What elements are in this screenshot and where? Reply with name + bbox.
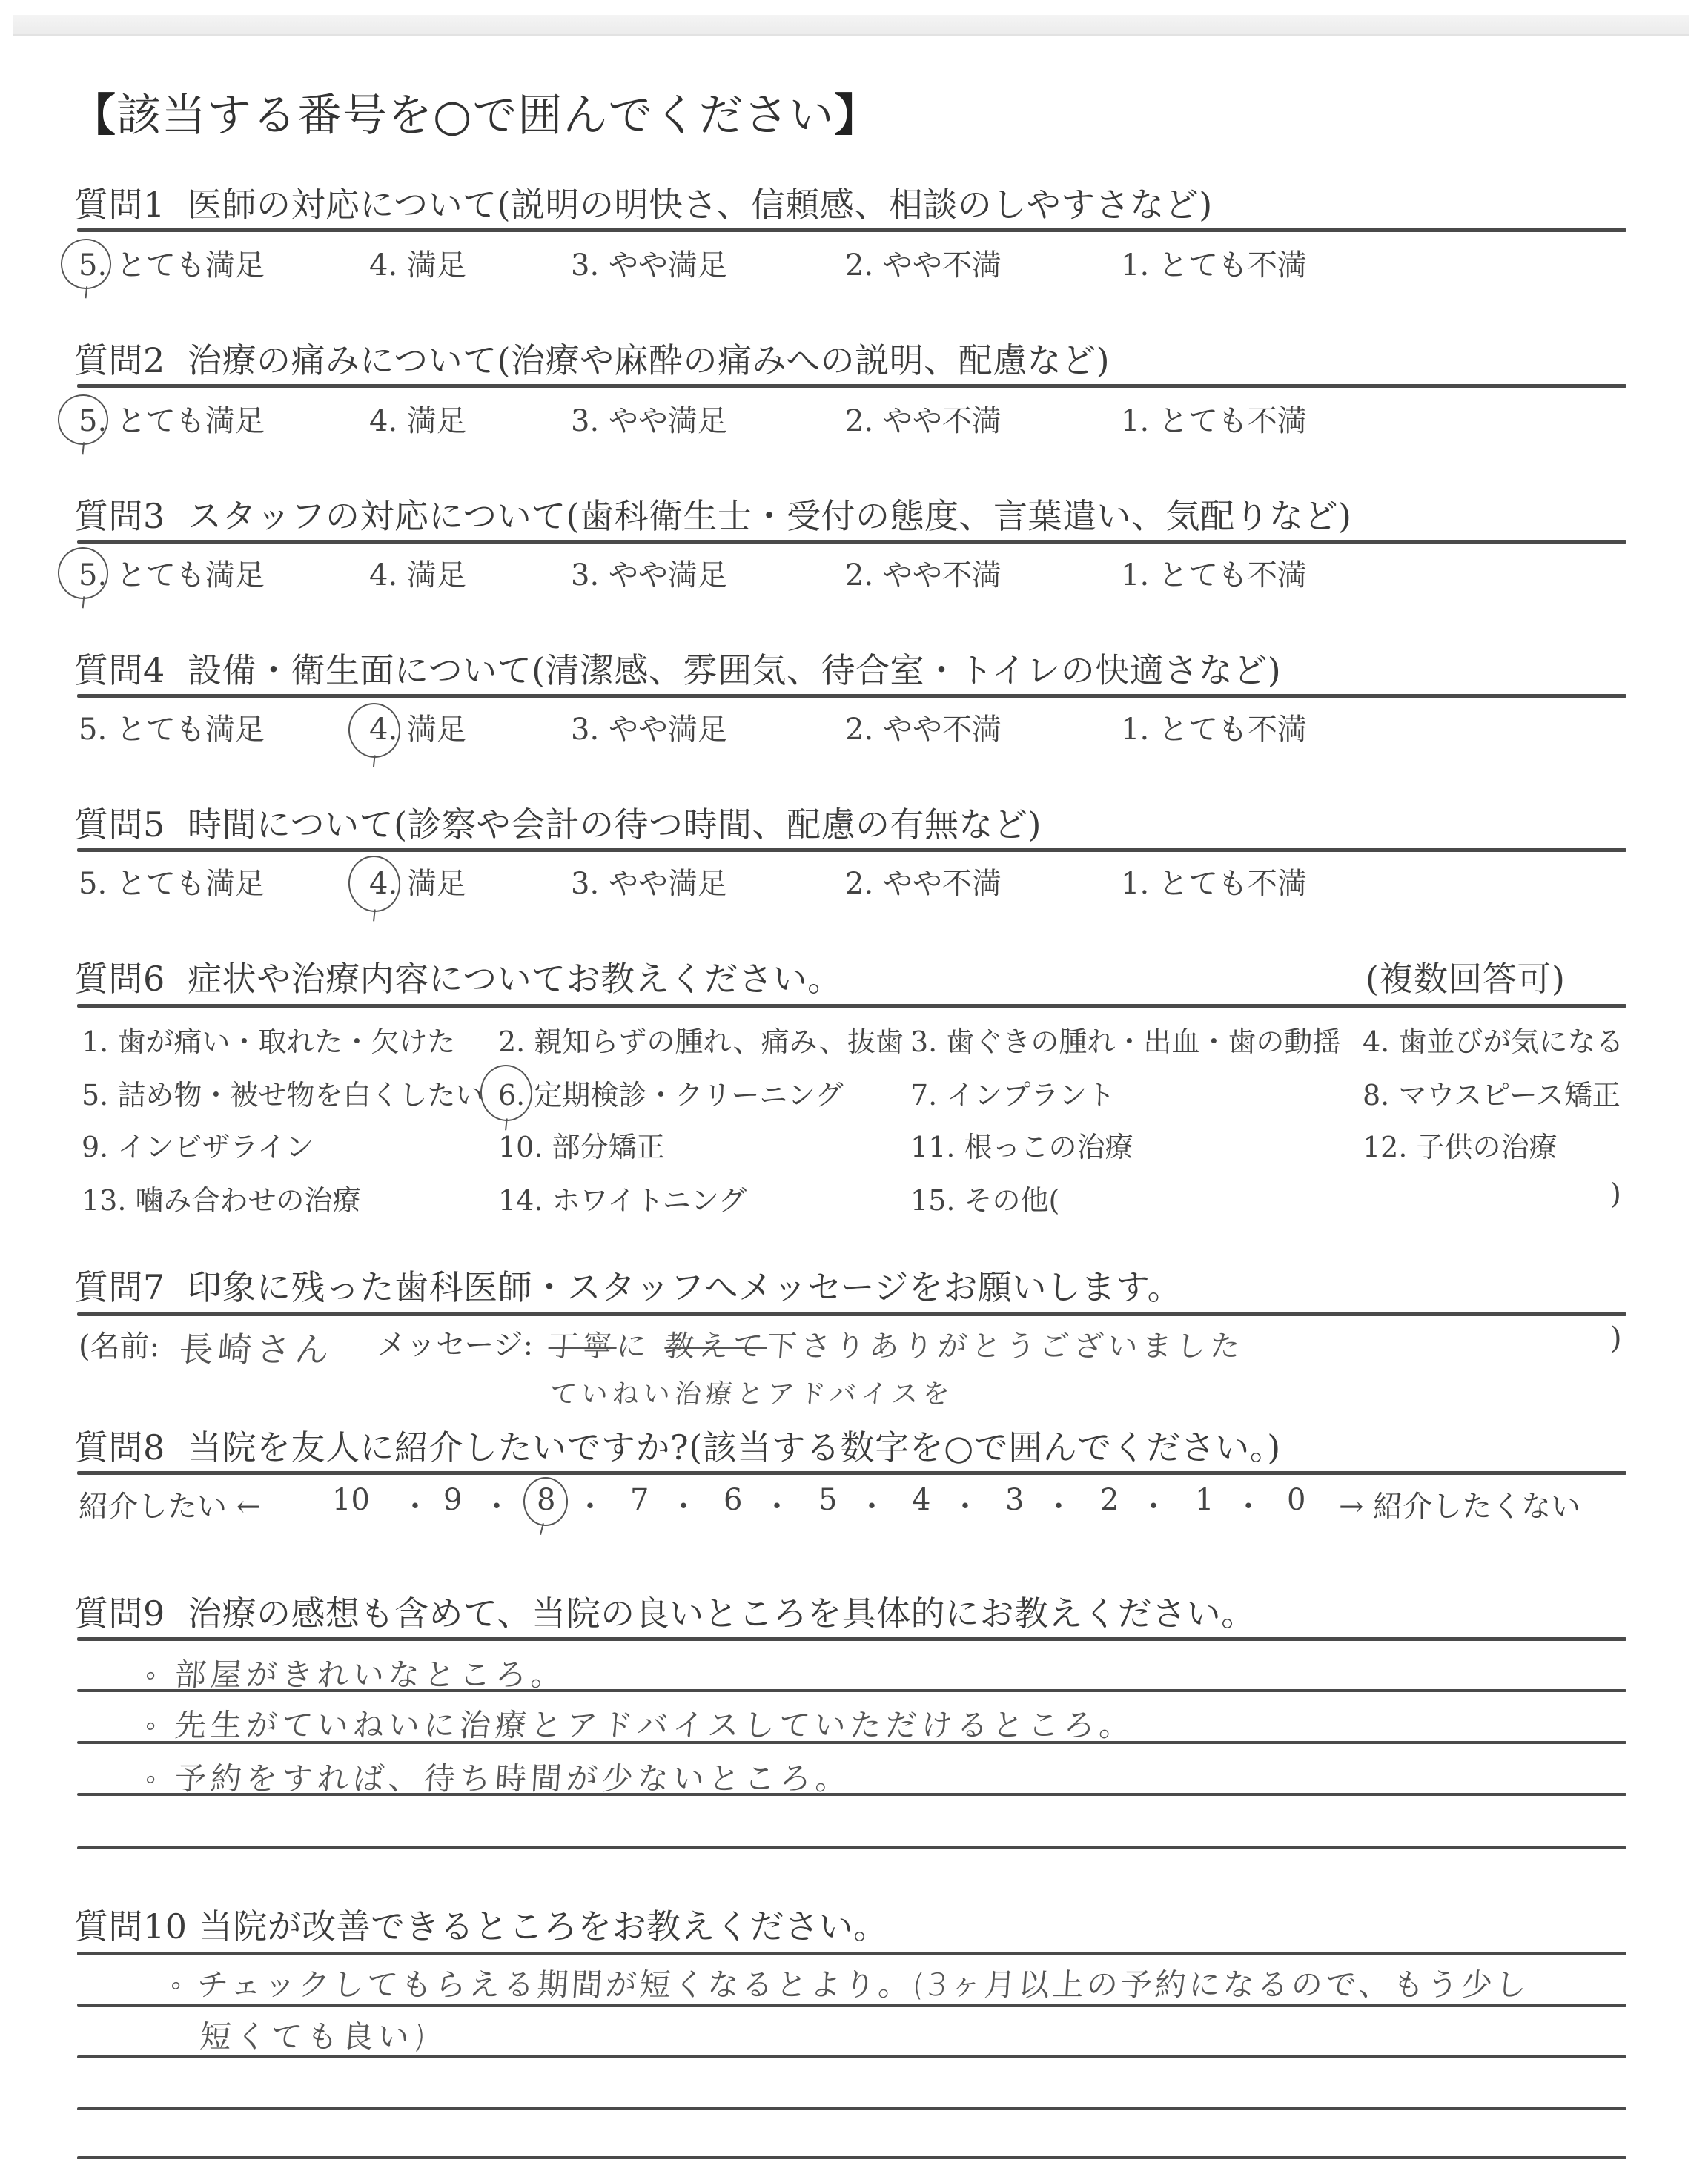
question-6-text: 症状や治療内容についてお教えください。 <box>188 959 842 999</box>
form-instruction: 【該当する番号を○で囲んでください】 <box>71 80 879 144</box>
q4-option-5[interactable]: 5. とても満足 <box>79 706 265 748</box>
question-8-heading: 質問8 当院を友人に紹介したいですか?(該当する数字を○で囲んでください。) <box>74 1421 1281 1470</box>
question-5-heading: 質問5 時間について(診察や会計の待つ時間、配慮の有無など) <box>74 798 1042 847</box>
q7-name-handwritten[interactable]: 長崎さん <box>178 1323 336 1372</box>
q2-option-3[interactable]: 3. やや満足 <box>571 397 727 440</box>
answer-line <box>77 1741 1626 1744</box>
q8-score-1[interactable]: 1 <box>1195 1483 1214 1517</box>
question-10-rule <box>77 1952 1626 1955</box>
q8-separator: ・ <box>669 1483 698 1525</box>
question-2-label: 質問2 <box>74 340 165 380</box>
q2-option-1[interactable]: 1. とても不満 <box>1121 397 1307 440</box>
question-3-rule <box>77 540 1626 544</box>
bracket-open: 【 <box>71 90 116 142</box>
q3-option-4[interactable]: 4. 満足 <box>369 552 466 594</box>
q3-option-2[interactable]: 2. やや不満 <box>845 552 1002 594</box>
question-4-heading: 質問4 設備・衛生面について(清潔感、雰囲気、待合室・トイレの快適さなど) <box>74 644 1281 693</box>
question-9-rule <box>77 1637 1626 1641</box>
q8-score-2[interactable]: 2 <box>1100 1483 1119 1517</box>
q6-option-15[interactable]: 15. その他( <box>910 1178 1059 1218</box>
q8-score-7[interactable]: 7 <box>630 1483 649 1517</box>
instruction-text: 該当する番号を○で囲んでください <box>116 90 834 142</box>
q5-option-1[interactable]: 1. とても不満 <box>1121 860 1307 902</box>
q7-message-insert[interactable]: ていねい治療とアドバイスを <box>549 1373 955 1411</box>
answer-line <box>77 2156 1626 2159</box>
question-10-text: 当院が改善できるところをお教えください。 <box>199 1906 888 1946</box>
q3-option-1[interactable]: 1. とても不満 <box>1121 552 1307 594</box>
q6-option-14[interactable]: 14. ホワイトニング <box>498 1178 747 1218</box>
answer-line <box>77 2004 1626 2007</box>
question-9-heading: 質問9 治療の感想も含めて、当院の良いところを具体的にお教えください。 <box>74 1587 1256 1636</box>
question-1-rule <box>77 228 1626 232</box>
q6-option-12[interactable]: 12. 子供の治療 <box>1363 1124 1558 1165</box>
q8-separator: ・ <box>762 1483 792 1525</box>
q6-option-2[interactable]: 2. 親知らずの腫れ、痛み、抜歯 <box>498 1019 904 1060</box>
q6-option-9[interactable]: 9. インビザライン <box>82 1124 314 1165</box>
q1-option-2[interactable]: 2. やや不満 <box>845 242 1002 284</box>
q6-option-6[interactable]: 6. 定期検診・クリーニング <box>498 1072 844 1113</box>
q4-option-3[interactable]: 3. やや満足 <box>571 706 727 748</box>
q8-score-9[interactable]: 9 <box>443 1483 462 1517</box>
q9-answer-line-3[interactable]: ◦ 予約をすれば、待ち時間が少ないところ。 <box>144 1754 853 1799</box>
q5-option-2[interactable]: 2. やや不満 <box>845 860 1002 902</box>
question-4-rule <box>77 694 1626 698</box>
q8-separator: ・ <box>1234 1483 1263 1525</box>
q7-message-handwritten[interactable]: 丁寧に 教えて下さりありがとうございました <box>547 1323 1246 1365</box>
q7-message-label: メッセージ: <box>377 1321 533 1364</box>
q2-option-2[interactable]: 2. やや不満 <box>845 397 1002 440</box>
q6-option-4[interactable]: 4. 歯並びが気になる <box>1363 1019 1623 1060</box>
question-8-rule <box>77 1471 1626 1475</box>
q2-option-4[interactable]: 4. 満足 <box>369 397 466 440</box>
q9-answer-line-2[interactable]: ◦ 先生がていねいに治療とアドバイスしていただけるところ。 <box>144 1701 1136 1745</box>
question-9-text: 治療の感想も含めて、当院の良いところを具体的にお教えください。 <box>188 1593 1256 1634</box>
q8-separator: ・ <box>950 1483 980 1525</box>
q7-message-fragment: に <box>615 1330 652 1364</box>
q7-struck-word-2: 教えて <box>663 1330 768 1364</box>
question-9-label: 質問9 <box>74 1593 165 1634</box>
q8-score-4[interactable]: 4 <box>912 1483 930 1517</box>
q8-score-5[interactable]: 5 <box>818 1483 837 1517</box>
q1-option-1[interactable]: 1. とても不満 <box>1121 242 1307 284</box>
q7-name-label: (名前: <box>79 1323 159 1365</box>
question-7-rule <box>77 1312 1626 1316</box>
q1-option-4[interactable]: 4. 満足 <box>369 242 466 284</box>
question-3-label: 質問3 <box>74 496 165 536</box>
q8-separator: ・ <box>400 1483 430 1525</box>
question-4-label: 質問4 <box>74 650 165 690</box>
q8-score-0[interactable]: 0 <box>1287 1483 1305 1517</box>
q8-separator: ・ <box>482 1483 512 1525</box>
q7-message-rest: 下さりありがとうございました <box>766 1330 1245 1364</box>
question-5-label: 質問5 <box>74 805 165 845</box>
q4-option-2[interactable]: 2. やや不満 <box>845 706 1002 748</box>
q8-score-3[interactable]: 3 <box>1005 1483 1024 1517</box>
question-6-heading: 質問6 症状や治療内容についてお教えください。 <box>74 952 842 1001</box>
question-2-rule <box>77 384 1626 388</box>
scan-top-edge <box>13 15 1689 36</box>
q6-option-11[interactable]: 11. 根っこの治療 <box>910 1124 1133 1165</box>
q4-option-1[interactable]: 1. とても不満 <box>1121 706 1307 748</box>
q9-answer-line-1[interactable]: ◦ 部屋がきれいなところ。 <box>144 1651 568 1695</box>
q6-other-close-paren: ) <box>1610 1178 1621 1210</box>
q8-right-label: → 紹介したくない <box>1339 1483 1580 1525</box>
question-8-text: 当院を友人に紹介したいですか?(該当する数字を○で囲んでください。) <box>188 1427 1281 1467</box>
question-3-heading: 質問3 スタッフの対応について(歯科衛生士・受付の態度、言葉遣い、気配りなど) <box>74 489 1352 538</box>
question-10-heading: 質問10 当院が改善できるところをお教えください。 <box>74 1900 888 1949</box>
question-7-label: 質問7 <box>74 1267 165 1307</box>
question-2-heading: 質問2 治療の痛みについて(治療や麻酔の痛みへの説明、配慮など) <box>74 334 1110 383</box>
q6-selection-circle <box>477 1061 536 1124</box>
q8-separator: ・ <box>1044 1483 1073 1525</box>
question-10-label: 質問10 <box>74 1906 188 1946</box>
q5-option-3[interactable]: 3. やや満足 <box>571 860 727 902</box>
question-7-text: 印象に残った歯科医師・スタッフへメッセージをお願いします。 <box>188 1267 1182 1307</box>
q8-score-6[interactable]: 6 <box>724 1483 742 1517</box>
q10-answer-line-1[interactable]: ◦ チェックしてもらえる期間が短くなるとより。(3ヶ月以上の予約になるので、もう… <box>169 1961 1531 2005</box>
q6-option-5[interactable]: 5. 詰め物・被せ物を白くしたい <box>82 1072 483 1113</box>
question-6-multiple-note: (複数回答可) <box>1366 952 1565 1001</box>
question-5-text: 時間について(診察や会計の待つ時間、配慮の有無など) <box>188 805 1042 845</box>
q8-separator: ・ <box>857 1483 887 1525</box>
q6-option-3[interactable]: 3. 歯ぐきの腫れ・出血・歯の動揺 <box>910 1019 1340 1060</box>
question-4-text: 設備・衛生面について(清潔感、雰囲気、待合室・トイレの快適さなど) <box>188 650 1281 690</box>
bracket-close: 】 <box>834 90 879 142</box>
q8-selection-circle <box>523 1477 568 1526</box>
question-1-label: 質問1 <box>74 185 165 225</box>
answer-line <box>77 2055 1626 2058</box>
q6-option-8[interactable]: 8. マウスピース矯正 <box>1363 1072 1621 1113</box>
q6-option-7[interactable]: 7. インプラント <box>910 1072 1115 1113</box>
q8-separator: ・ <box>575 1483 605 1525</box>
q6-option-10[interactable]: 10. 部分矯正 <box>498 1124 665 1165</box>
q8-separator: ・ <box>1139 1483 1168 1525</box>
question-8-label: 質問8 <box>74 1427 165 1467</box>
question-5-rule <box>77 848 1626 852</box>
q8-score-10[interactable]: 10 <box>332 1483 370 1517</box>
q6-option-13[interactable]: 13. 噛み合わせの治療 <box>82 1178 361 1218</box>
question-6-label: 質問6 <box>74 959 165 999</box>
q10-answer-line-2[interactable]: 短くても良い) <box>199 2012 432 2057</box>
q6-option-1[interactable]: 1. 歯が痛い・取れた・欠けた <box>82 1019 455 1060</box>
question-2-text: 治療の痛みについて(治療や麻酔の痛みへの説明、配慮など) <box>188 340 1110 380</box>
question-7-heading: 質問7 印象に残った歯科医師・スタッフへメッセージをお願いします。 <box>74 1261 1182 1309</box>
answer-line <box>77 1689 1626 1692</box>
q5-option-5[interactable]: 5. とても満足 <box>79 860 265 902</box>
q8-left-label: 紹介したい ← <box>79 1483 261 1525</box>
q7-close-paren: ) <box>1610 1321 1622 1355</box>
answer-line <box>77 1846 1626 1849</box>
question-6-rule <box>77 1004 1626 1008</box>
q1-option-3[interactable]: 3. やや満足 <box>571 242 727 284</box>
answer-line <box>77 2107 1626 2110</box>
question-1-text: 医師の対応について(説明の明快さ、信頼感、相談のしやすさなど) <box>188 185 1213 225</box>
question-1-heading: 質問1 医師の対応について(説明の明快さ、信頼感、相談のしやすさなど) <box>74 178 1213 227</box>
answer-line <box>77 1793 1626 1796</box>
q3-option-3[interactable]: 3. やや満足 <box>571 552 727 594</box>
question-3-text: スタッフの対応について(歯科衛生士・受付の態度、言葉遣い、気配りなど) <box>188 496 1351 536</box>
q7-struck-word-1: 丁寧 <box>547 1330 618 1364</box>
